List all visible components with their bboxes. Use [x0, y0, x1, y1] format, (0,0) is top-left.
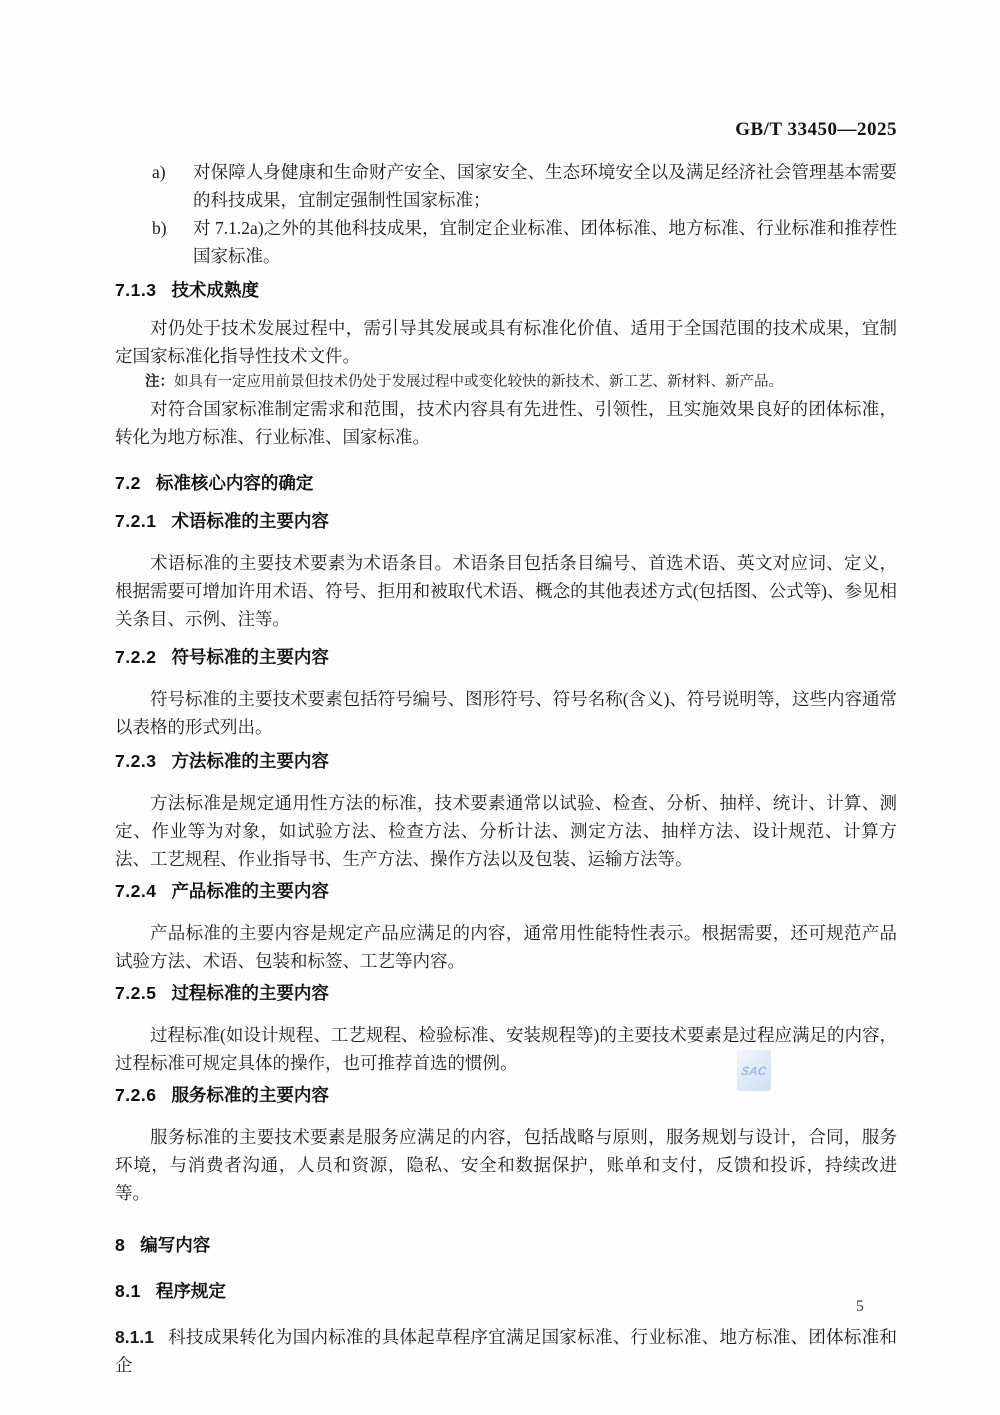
clause-heading-7-1-3: 7.1.3技术成熟度 [115, 278, 897, 302]
list-item-b: b) 对 7.1.2a)之外的其他科技成果，宜制定企业标准、团体标准、地方标准、… [152, 214, 897, 270]
list-text-a: 对保障人身健康和生命财产安全、国家安全、生态环境安全以及满足经济社会管理基本需要… [193, 158, 897, 214]
clause-number: 8 [115, 1235, 125, 1255]
section-7-2-3: 7.2.3方法标准的主要内容 方法标准是规定通用性方法的标准，技术要素通常以试验… [115, 749, 897, 873]
paragraph: 方法标准是规定通用性方法的标准，技术要素通常以试验、检查、分析、抽样、统计、计算… [115, 789, 897, 873]
paragraph: 对符合国家标准制定需求和范围，技术内容具有先进性、引领性，且实施效果良好的团体标… [115, 395, 897, 451]
clause-number: 7.2.4 [115, 881, 156, 901]
document-page: GB/T 33450—2025 a) 对保障人身健康和生命财产安全、国家安全、生… [0, 0, 1000, 1415]
section-7-2-4: 7.2.4产品标准的主要内容 产品标准的主要内容是规定产品应满足的内容，通常用性… [115, 879, 897, 975]
ordered-list: a) 对保障人身健康和生命财产安全、国家安全、生态环境安全以及满足经济社会管理基… [152, 158, 897, 270]
clause-heading-7-2-3: 7.2.3方法标准的主要内容 [115, 749, 897, 773]
clause-8-1-1: 8.1.1科技成果转化为国内标准的具体起草程序宜满足国家标准、行业标准、地方标准… [115, 1323, 897, 1379]
page-content: a) 对保障人身健康和生命财产安全、国家安全、生态环境安全以及满足经济社会管理基… [115, 0, 897, 1379]
clause-text: 科技成果转化为国内标准的具体起草程序宜满足国家标准、行业标准、地方标准、团体标准… [115, 1327, 897, 1375]
clause-number: 7.2.2 [115, 647, 156, 667]
clause-title: 标准核心内容的确定 [156, 473, 314, 493]
clause-heading-8: 8编写内容 [115, 1233, 897, 1257]
list-text-b: 对 7.1.2a)之外的其他科技成果，宜制定企业标准、团体标准、地方标准、行业标… [193, 214, 897, 270]
note: 注：如具有一定应用前景但技术仍处于发展过程中或变化较快的新技术、新工艺、新材料、… [115, 372, 897, 393]
note-label: 注： [145, 374, 174, 390]
paragraph: 对仍处于技术发展过程中，需引导其发展或具有标准化价值、适用于全国范围的技术成果，… [115, 314, 897, 370]
section-7-2-1: 7.2.1术语标准的主要内容 术语标准的主要技术要素为术语条目。术语条目包括条目… [115, 509, 897, 633]
clause-title: 技术成熟度 [171, 280, 259, 300]
section-7-2: 7.2标准核心内容的确定 [115, 471, 897, 495]
clause-heading-7-2: 7.2标准核心内容的确定 [115, 471, 897, 495]
clause-title: 产品标准的主要内容 [171, 881, 329, 901]
clause-title: 过程标准的主要内容 [171, 983, 329, 1003]
section-7-1-3: 7.1.3技术成熟度 对仍处于技术发展过程中，需引导其发展或具有标准化价值、适用… [115, 278, 897, 451]
clause-number: 7.2.1 [115, 511, 156, 531]
clause-number: 7.2 [115, 473, 141, 493]
clause-number: 7.2.3 [115, 751, 156, 771]
clause-number: 7.2.6 [115, 1085, 156, 1105]
page-number: 5 [856, 1298, 864, 1316]
section-7-2-5: 7.2.5过程标准的主要内容 过程标准(如设计规程、工艺规程、检验标准、安装规程… [115, 981, 897, 1077]
clause-heading-8-1: 8.1程序规定 [115, 1279, 897, 1303]
note-text: 如具有一定应用前景但技术仍处于发展过程中或变化较快的新技术、新工艺、新材料、新产… [174, 374, 783, 390]
clause-heading-7-2-2: 7.2.2符号标准的主要内容 [115, 645, 897, 669]
paragraph: 产品标准的主要内容是规定产品应满足的内容，通常用性能特性表示。根据需要，还可规范… [115, 919, 897, 975]
section-8: 8编写内容 [115, 1233, 897, 1257]
list-marker-b: b) [152, 214, 193, 270]
section-7-2-6: 7.2.6服务标准的主要内容 服务标准的主要技术要素是服务应满足的内容，包括战略… [115, 1083, 897, 1207]
list-item-a: a) 对保障人身健康和生命财产安全、国家安全、生态环境安全以及满足经济社会管理基… [152, 158, 897, 214]
clause-heading-7-2-4: 7.2.4产品标准的主要内容 [115, 879, 897, 903]
section-7-2-2: 7.2.2符号标准的主要内容 符号标准的主要技术要素包括符号编号、图形符号、符号… [115, 645, 897, 741]
paragraph: 符号标准的主要技术要素包括符号编号、图形符号、符号名称(含义)、符号说明等，这些… [115, 685, 897, 741]
clause-title: 服务标准的主要内容 [171, 1085, 329, 1105]
clause-number: 8.1 [115, 1281, 141, 1301]
clause-heading-7-2-5: 7.2.5过程标准的主要内容 [115, 981, 897, 1005]
clause-title: 术语标准的主要内容 [171, 511, 329, 531]
clause-heading-7-2-6: 7.2.6服务标准的主要内容 [115, 1083, 897, 1107]
clause-number: 7.1.3 [115, 280, 156, 300]
clause-title: 符号标准的主要内容 [171, 647, 329, 667]
paragraph: 过程标准(如设计规程、工艺规程、检验标准、安装规程等)的主要技术要素是过程应满足… [115, 1021, 897, 1077]
clause-heading-7-2-1: 7.2.1术语标准的主要内容 [115, 509, 897, 533]
paragraph: 服务标准的主要技术要素是服务应满足的内容，包括战略与原则，服务规划与设计，合同，… [115, 1123, 897, 1207]
clause-title: 编写内容 [140, 1235, 210, 1255]
clause-title: 程序规定 [156, 1281, 226, 1301]
clause-title: 方法标准的主要内容 [171, 751, 329, 771]
clause-number: 7.2.5 [115, 983, 156, 1003]
paragraph: 术语标准的主要技术要素为术语条目。术语条目包括条目编号、首选术语、英文对应词、定… [115, 549, 897, 633]
clause-number: 8.1.1 [115, 1327, 154, 1347]
list-marker-a: a) [152, 158, 193, 214]
section-8-1: 8.1程序规定 8.1.1科技成果转化为国内标准的具体起草程序宜满足国家标准、行… [115, 1279, 897, 1379]
